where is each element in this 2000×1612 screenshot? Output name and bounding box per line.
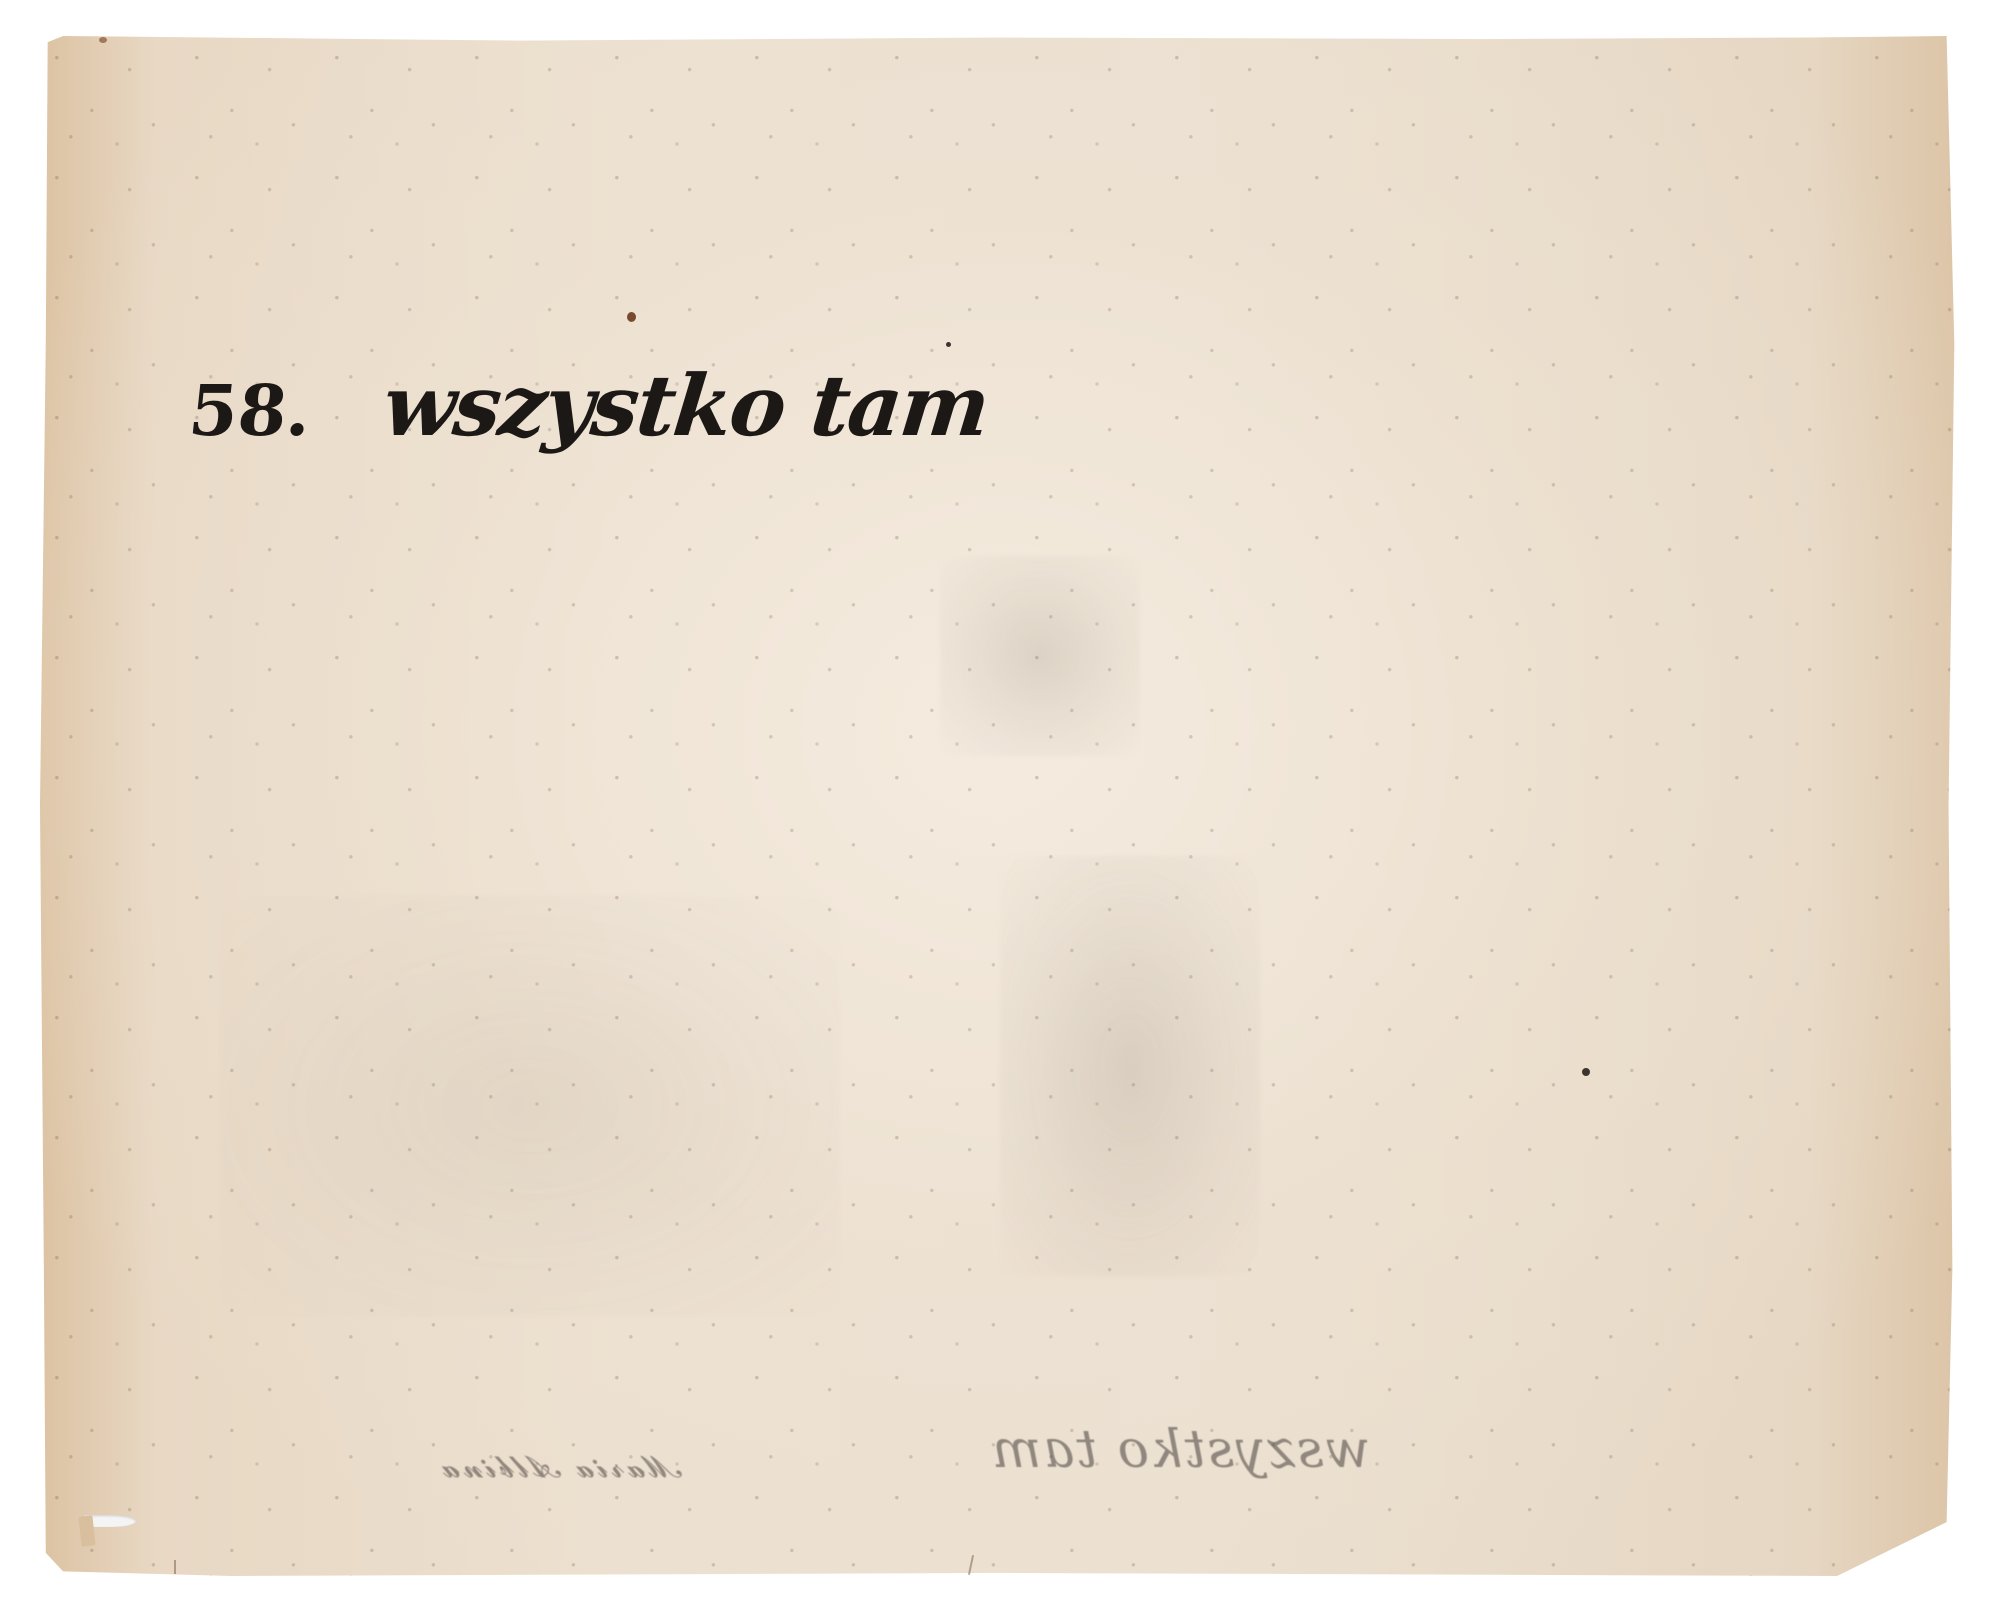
item-number: 58.: [185, 369, 316, 452]
ink-inscription: 58. wszystko tam: [185, 356, 993, 455]
ink-spot-stain: [627, 312, 636, 322]
dark-speck: [946, 342, 951, 347]
show-through-pencil-title: wszystko tam: [990, 1420, 1370, 1480]
paper-sheet: [40, 36, 1962, 1576]
inscription-title: wszystko tam: [379, 356, 993, 455]
edge-tear-crease: [174, 1560, 176, 1574]
torn-flap: [78, 1515, 95, 1546]
edge-stain: [99, 37, 107, 43]
offset-mark-left-panel: [220, 896, 840, 1316]
dark-speck: [1582, 1068, 1590, 1076]
offset-mark-central-panel: [1000, 856, 1260, 1276]
offset-mark-upper-panel: [940, 556, 1140, 756]
show-through-pencil-signature: 𝓜𝓪𝓻𝓲𝓪 𝓐𝓵𝓫𝓲𝓷𝓪: [440, 1450, 682, 1485]
